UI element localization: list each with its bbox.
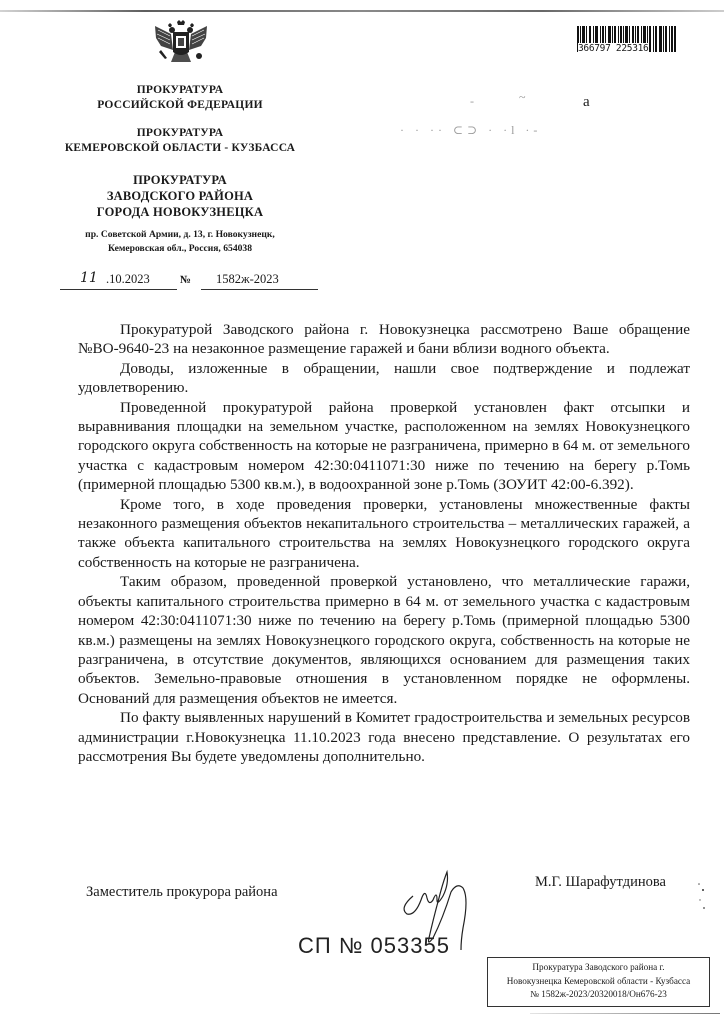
header-line: ГОРОДА НОВОКУЗНЕЦКА bbox=[40, 204, 320, 220]
header-line: КЕМЕРОВСКОЙ ОБЛАСТИ - КУЗБАССА bbox=[40, 141, 320, 156]
header-line: ПРОКУРАТУРА bbox=[40, 172, 320, 188]
paragraph: Доводы, изложенные в обращении, нашли св… bbox=[78, 359, 690, 398]
sender-address: пр. Советской Армии, д. 13, г. Новокузне… bbox=[40, 228, 320, 256]
header-line: ЗАВОДСКОГО РАЙОНА bbox=[40, 188, 320, 204]
outgoing-number: 1582ж-2023 bbox=[216, 272, 279, 287]
header-line: ПРОКУРАТУРА bbox=[40, 126, 320, 141]
header-prosecutor-region: ПРОКУРАТУРА КЕМЕРОВСКОЙ ОБЛАСТИ - КУЗБАС… bbox=[40, 126, 320, 156]
registration-stamp: Прокуратура Заводского района г. Новокуз… bbox=[487, 957, 710, 1007]
stamp-line: № 1582ж-2023/20320018/Он676-23 bbox=[488, 988, 709, 1002]
letter-body: Прокуратурой Заводского района г. Новоку… bbox=[78, 320, 690, 766]
form-serial-number: СП № 053355 bbox=[298, 933, 450, 959]
paragraph: Проведенной прокуратурой района проверко… bbox=[78, 398, 690, 495]
paragraph: Прокуратурой Заводского района г. Новоку… bbox=[78, 320, 690, 359]
scan-specks-icon bbox=[695, 880, 707, 920]
number-sign: № bbox=[180, 274, 191, 286]
scan-edge-line bbox=[530, 1013, 720, 1014]
stamp-line: Новокузнецка Кемеровской области - Кузба… bbox=[488, 975, 709, 989]
header-prosecutor-rf: ПРОКУРАТУРА РОССИЙСКОЙ ФЕДЕРАЦИИ bbox=[40, 83, 320, 113]
redacted-fragment: ~ bbox=[519, 90, 526, 105]
signer-title: Заместитель прокурора района bbox=[86, 884, 278, 901]
stamp-line: Прокуратура Заводского района г. bbox=[488, 961, 709, 975]
date-underline bbox=[60, 289, 177, 290]
paragraph: Таким образом, проведенной проверкой уст… bbox=[78, 572, 690, 708]
signer-name: М.Г. Шарафутдинова bbox=[535, 874, 666, 891]
header-line: ПРОКУРАТУРА bbox=[40, 83, 320, 98]
redacted-fragment: - bbox=[470, 94, 474, 109]
date-month-year: .10.2023 bbox=[106, 272, 150, 287]
date-day-handwritten: 11 bbox=[80, 270, 98, 286]
barcode-number: 366797 225316 bbox=[578, 43, 648, 54]
russian-coat-of-arms-icon bbox=[153, 20, 209, 66]
paragraph: Кроме того, в ходе проведения проверки, … bbox=[78, 495, 690, 573]
header-line: РОССИЙСКОЙ ФЕДЕРАЦИИ bbox=[40, 98, 320, 113]
number-underline bbox=[201, 289, 318, 290]
paragraph: По факту выявленных нарушений в Комитет … bbox=[78, 708, 690, 766]
address-line: Кемеровская обл., Россия, 654038 bbox=[40, 242, 320, 256]
redacted-email-fragment: · · ·· ⊂⊃ · ·l ·- bbox=[400, 123, 541, 138]
header-prosecutor-district: ПРОКУРАТУРА ЗАВОДСКОГО РАЙОНА ГОРОДА НОВ… bbox=[40, 172, 320, 220]
scan-edge-line bbox=[0, 10, 724, 12]
recipient-name-fragment: а bbox=[583, 94, 590, 111]
address-line: пр. Советской Армии, д. 13, г. Новокузне… bbox=[40, 228, 320, 242]
